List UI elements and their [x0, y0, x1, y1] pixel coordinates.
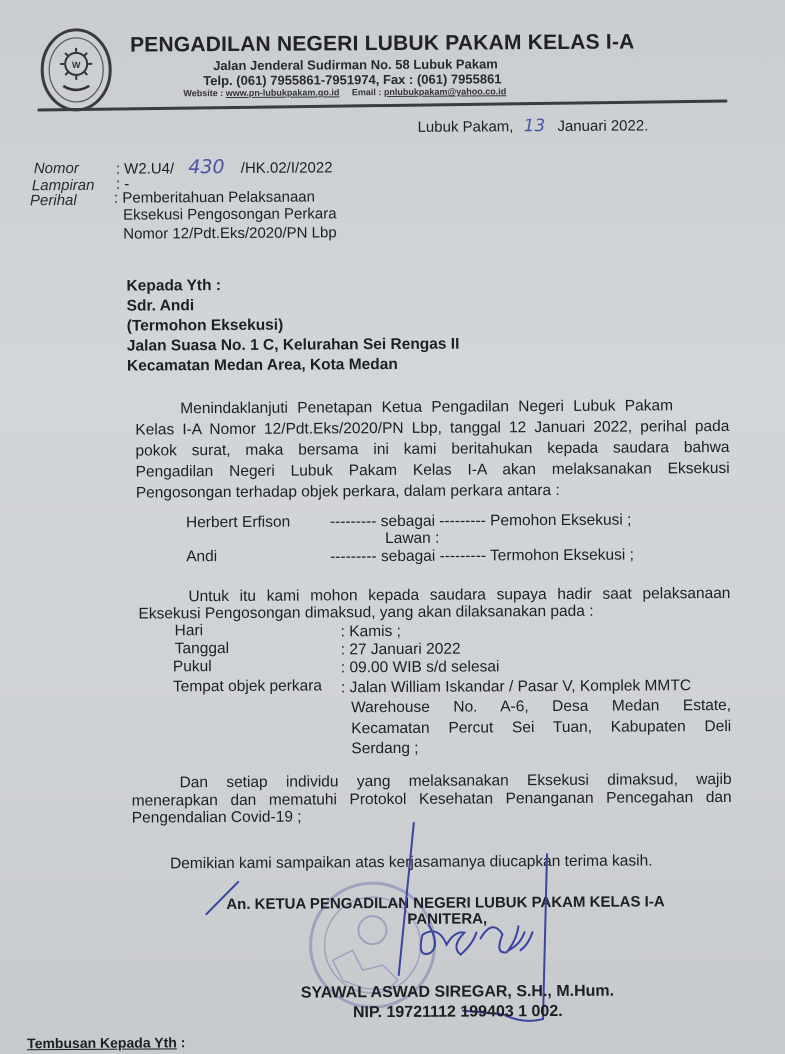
institution-address: Jalan Jenderal Sudirman No. 58 Lubuk Pak… [213, 56, 498, 73]
schedule-tempat-cont-2: Kecamatan Percut Sei Tuan, Kabupaten Del… [351, 716, 731, 739]
email-label: Email : [352, 87, 382, 97]
schedule-pukul-value: : 09.00 WIB s/d selesai [341, 656, 500, 678]
signatory-nip: NIP. 19721112 199403 1 002. [353, 1003, 563, 1022]
nomor-label: Nomor [34, 160, 79, 177]
cc-heading: Tembusan Kepada Yth : [27, 1034, 185, 1051]
date-place: Lubuk Pakam, [418, 118, 514, 136]
nomor-suffix: /HK.02/I/2022 [241, 159, 333, 177]
recipient-greeting: Kepada Yth : [126, 275, 459, 297]
recipient-role: (Termohon Eksekusi) [127, 315, 460, 337]
website-label: Website : [183, 88, 223, 98]
date-month-year: Januari 2022. [557, 117, 648, 135]
nomor-handwritten: 430 [188, 156, 224, 178]
recipient-address-1: Jalan Suasa No. 1 C, Kelurahan Sei Renga… [127, 335, 460, 357]
institution-web-email: Website : www.pn-lubukpakam.go.id Email … [183, 86, 506, 98]
cc-label: Tembusan Kepada Yth [27, 1034, 177, 1051]
perihal-line-3: Nomor 12/Pdt.Eks/2020/PN Lbp [123, 224, 337, 242]
recipient-address-2: Kecamatan Medan Area, Kota Medan [127, 355, 460, 377]
schedule-tempat-label: Tempat objek perkara [173, 675, 322, 697]
email-link[interactable]: pnlubukpakam@yahoo.co.id [384, 86, 506, 97]
recipient-block: Kepada Yth : Sdr. Andi (Termohon Eksekus… [126, 275, 459, 377]
party1-name: Herbert Erfison [186, 512, 290, 534]
institution-name: PENGADILAN NEGERI LUBUK PAKAM KELAS I-A [130, 31, 635, 58]
signatory-name: SYAWAL ASWAD SIREGAR, S.H., M.Hum. [301, 983, 614, 1003]
cc-colon: : [177, 1034, 186, 1050]
schedule-pukul-label: Pukul [173, 656, 212, 677]
schedule-tempat-cont-3: Serdang ; [351, 738, 418, 759]
svg-text:W: W [72, 60, 81, 70]
paragraph-1: Menindaklanjuti Penetapan Ketua Pengadil… [0, 0, 782, 2]
schedule-tempat-cont-1: Warehouse No. A-6, Desa Medan Estate, [351, 695, 731, 718]
nomor-value: : W2.U4/ 430 /HK.02/I/2022 [116, 155, 333, 178]
party2-name: Andi [186, 546, 217, 567]
letter-date: Lubuk Pakam, 13 Januari 2022. [417, 115, 648, 136]
perihal-line-1: : Pemberitahuan Pelaksanaan [114, 188, 315, 206]
perihal-line-2: Eksekusi Pengosongan Perkara [123, 205, 337, 223]
website-link[interactable]: www.pn-lubukpakam.go.id [226, 87, 340, 98]
p1-line-4: Pengadilan Negeri Lubuk Pakam Kelas I-A … [136, 458, 730, 483]
party1-role: --------- sebagai --------- Pemohon Ekse… [330, 510, 632, 533]
letter-page: W PENGADILAN NEGERI LUBUK PAKAM KELAS I-… [0, 0, 785, 1054]
p1-line-5: Pengosongan terhadap objek perkara, dala… [136, 480, 560, 504]
recipient-name: Sdr. Andi [127, 295, 460, 317]
date-day-handwritten: 13 [524, 116, 546, 136]
perihal-label: Perihal [30, 192, 77, 209]
party2-role: --------- sebagai --------- Termohon Eks… [330, 545, 634, 568]
letterhead-divider [37, 100, 727, 112]
court-emblem-icon: W [39, 28, 114, 112]
